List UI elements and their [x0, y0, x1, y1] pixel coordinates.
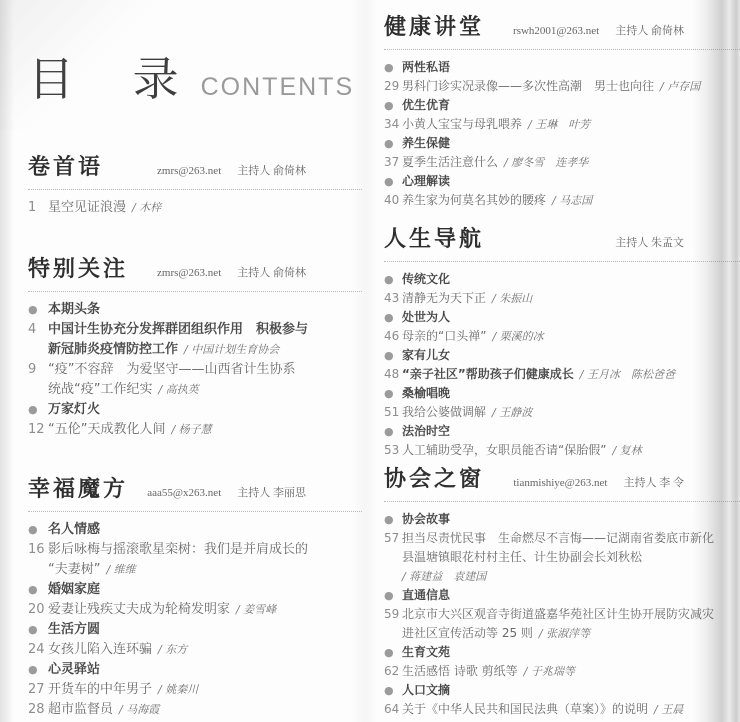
entry-title: 人工辅助受孕，女职员能否请“保胎假”: [402, 443, 606, 457]
entry-page-number: 46: [384, 327, 402, 346]
section-meta: 主持人 朱孟文: [615, 234, 684, 250]
category-label: 养生保健: [402, 134, 450, 153]
entry-title: 女孩儿陷入连环骗: [48, 642, 152, 657]
entry-line: “夫妻树”/ 维维: [48, 560, 362, 580]
entry-page-number: 20: [28, 600, 48, 620]
entry-page-number: 28: [28, 700, 48, 720]
category-row: ●万家灯火: [28, 400, 362, 420]
entry-title: 男科门诊实况录像——多次性高潮 男士也向往: [402, 79, 654, 93]
category-row: ●法治时空: [384, 422, 740, 441]
entry-line: 中国计生协充分发挥群团组织作用 积极参与: [48, 320, 362, 340]
section-host: 主持人 俞倚林: [237, 165, 306, 177]
logo-english-title: CONTENTS: [201, 73, 355, 102]
section-host: 主持人 李 令: [624, 477, 685, 489]
section-header: 人生导航主持人 朱孟文: [384, 224, 740, 262]
entry-line: 爱妻让残疾丈夫成为轮椅发明家/ 姜雪峰: [48, 600, 362, 620]
category-row: ●生活方圆: [28, 620, 362, 640]
category-bullet-icon: ●: [384, 96, 402, 115]
entry-page-number: 48: [384, 365, 402, 384]
entry-author: / 廖冬雪 连孝华: [504, 156, 588, 169]
entry-page-number: 1: [28, 198, 48, 218]
section-entry-list: ●名人情感16影后咏梅与摇滚歌星栾树：我们是并肩成长的“夫妻树”/ 维维●婚姻家…: [28, 520, 362, 720]
section-entry-list: ●传统文化43清静无为天下正/ 朱振山●处世为人46母亲的“口头禅”/ 栗溪的冰…: [384, 270, 740, 460]
entry-body: 女孩儿陷入连环骗/ 东方: [48, 640, 362, 660]
entry-page-number: 53: [384, 441, 402, 460]
entry-author: / 蒋建益 袁建国: [402, 570, 486, 583]
section-entry-list: ●本期头条4中国计生协充分发挥群团组织作用 积极参与新冠肺炎疫情防控工作/ 中国…: [28, 300, 362, 440]
category-label: 优生优育: [402, 96, 450, 115]
section-header: 特别关注zmrs@263.net主持人 俞倚林: [28, 254, 362, 292]
entry-title: 清静无为天下正: [402, 291, 486, 305]
entry-body: 养生家为何莫名其妙的腰疼/ 马志国: [402, 191, 740, 210]
category-label: 协会故事: [402, 510, 450, 529]
category-label: 心灵驿站: [48, 660, 100, 680]
entry-row: 9“疫”不容辞 为爱坚守——山西省计生协系统战“疫”工作纪实/ 高执英: [28, 360, 362, 400]
category-label: 婚姻家庭: [48, 580, 100, 600]
entry-body: 超市监督员/ 马海霞: [48, 700, 362, 720]
entry-body: 影后咏梅与摇滚歌星栾树：我们是并肩成长的“夫妻树”/ 维维: [48, 540, 362, 580]
section-host: 主持人 俞倚林: [237, 267, 306, 279]
category-bullet-icon: ●: [384, 134, 402, 153]
entry-line: 人工辅助受孕，女职员能否请“保胎假”/ 复林: [402, 441, 740, 460]
entry-line: 影后咏梅与摇滚歌星栾树：我们是并肩成长的: [48, 540, 362, 560]
entry-line: 县温塘镇眼花村村主任、计生协副会长刘秋松: [402, 548, 740, 567]
entry-title: 养生家为何莫名其妙的腰疼: [402, 193, 546, 207]
entry-body: 母亲的“口头禅”/ 栗溪的冰: [402, 327, 740, 346]
category-row: ●本期头条: [28, 300, 362, 320]
section-header: 幸福魔方aaa55@x263.net主持人 李丽思: [28, 474, 362, 512]
section-meta: zmrs@263.net主持人 俞倚林: [157, 162, 306, 178]
entry-title: 星空见证浪漫: [48, 200, 126, 215]
entry-author: / 于兆瑞等: [524, 665, 575, 678]
entry-body: 小黄人宝宝与母乳喂养/ 王琳 叶芳: [402, 115, 740, 134]
entry-page-number: 37: [384, 153, 402, 172]
entry-body: 开货车的中年男子/ 姚秦川: [48, 680, 362, 700]
entry-row: 40养生家为何莫名其妙的腰疼/ 马志国: [384, 191, 740, 210]
right-sections-container: 健康讲堂rswh2001@263.net主持人 俞倚林●两性私语29男科门诊实况…: [384, 12, 740, 719]
section-email: tianmishiye@263.net: [513, 477, 607, 489]
entry-line: 超市监督员/ 马海霞: [48, 700, 362, 720]
entry-title: 开货车的中年男子: [48, 682, 152, 697]
toc-section-right-3: 协会之窗tianmishiye@263.net主持人 李 令●协会故事57担当尽…: [384, 464, 740, 719]
category-label: 万家灯火: [48, 400, 100, 420]
entry-row: 4中国计生协充分发挥群团组织作用 积极参与新冠肺炎疫情防控工作/ 中国计划生育协…: [28, 320, 362, 360]
entry-row: 12“五伦”天成教化人间/ 杨子慧: [28, 420, 362, 440]
entry-author: / 王月冰 陈松爸爸: [580, 368, 675, 381]
toc-section-left-3: 幸福魔方aaa55@x263.net主持人 李丽思●名人情感16影后咏梅与摇滚歌…: [28, 474, 362, 720]
section-meta: aaa55@x263.net主持人 李丽思: [147, 484, 306, 500]
entry-row: 59北京市大兴区观音寺街道盛嘉华苑社区计生协开展防灾减灾进社区宣传活动等 25 …: [384, 605, 740, 643]
entry-row: 24女孩儿陷入连环骗/ 东方: [28, 640, 362, 660]
entry-title: 担当尽责忧民事 生命燃尽不言悔——记湖南省娄底市新化: [402, 531, 714, 545]
left-sections-container: 卷首语zmrs@263.net主持人 俞倚林1星空见证浪漫/ 木梓特别关注zmr…: [28, 152, 362, 720]
entry-page-number: 34: [384, 115, 402, 134]
section-header: 健康讲堂rswh2001@263.net主持人 俞倚林: [384, 12, 740, 50]
entry-line: 生活感悟 诗歌 剪纸等/ 于兆瑞等: [402, 662, 740, 681]
entry-body: 清静无为天下正/ 朱振山: [402, 289, 740, 308]
category-row: ●协会故事: [384, 510, 740, 529]
entry-row: 43清静无为天下正/ 朱振山: [384, 289, 740, 308]
category-bullet-icon: ●: [28, 300, 48, 320]
category-bullet-icon: ●: [384, 586, 402, 605]
entry-body: 关于《中华人民共和国民法典（草案）》的说明/ 王晨: [402, 700, 740, 719]
entry-title: 爱妻让残疾丈夫成为轮椅发明家: [48, 602, 230, 617]
entry-line: 进社区宣传活动等 25 则/ 张淑萍等: [402, 624, 740, 643]
category-label: 传统文化: [402, 270, 450, 289]
entry-author: / 王静波: [492, 406, 532, 419]
entry-row: 28超市监督员/ 马海霞: [28, 700, 362, 720]
toc-left-column: 目 录 CONTENTS 卷首语zmrs@263.net主持人 俞倚林1星空见证…: [28, 0, 362, 720]
section-title: 协会之窗: [384, 464, 484, 494]
entry-body: 夏季生活注意什么/ 廖冬雪 连孝华: [402, 153, 740, 172]
entry-author: / 张淑萍等: [539, 627, 590, 640]
entry-page-number: 24: [28, 640, 48, 660]
category-bullet-icon: ●: [384, 422, 402, 441]
entry-body: “亲子社区”帮助孩子们健康成长/ 王月冰 陈松爸爸: [402, 365, 740, 384]
category-row: ●心理解读: [384, 172, 740, 191]
entry-author: / 栗溪的冰: [492, 330, 543, 343]
category-row: ●桑榆唱晚: [384, 384, 740, 403]
entry-title: 中国计生协充分发挥群团组织作用 积极参与: [48, 322, 308, 337]
toc-section-left-1: 卷首语zmrs@263.net主持人 俞倚林1星空见证浪漫/ 木梓: [28, 152, 362, 218]
category-label: 名人情感: [48, 520, 100, 540]
entry-line: 星空见证浪漫/ 木梓: [48, 198, 362, 218]
category-label: 人口文摘: [402, 681, 450, 700]
section-email: zmrs@263.net: [157, 165, 221, 177]
entry-row: 57担当尽责忧民事 生命燃尽不言悔——记湖南省娄底市新化县温塘镇眼花村村主任、计…: [384, 529, 740, 586]
category-bullet-icon: ●: [28, 620, 48, 640]
entry-author: / 王琳 叶芳: [528, 118, 590, 131]
section-host: 主持人 朱孟文: [615, 237, 684, 249]
section-title: 人生导航: [384, 224, 484, 254]
entry-page-number: 57: [384, 529, 402, 586]
entry-page-number: 9: [28, 360, 48, 400]
category-bullet-icon: ●: [384, 681, 402, 700]
entry-row: 64关于《中华人民共和国民法典（草案）》的说明/ 王晨: [384, 700, 740, 719]
category-row: ●直通信息: [384, 586, 740, 605]
section-title: 特别关注: [28, 254, 128, 284]
entry-body: “疫”不容辞 为爱坚守——山西省计生协系统战“疫”工作纪实/ 高执英: [48, 360, 362, 400]
category-bullet-icon: ●: [384, 58, 402, 77]
contents-logo: 目 录 CONTENTS: [28, 52, 362, 106]
entry-body: 担当尽责忧民事 生命燃尽不言悔——记湖南省娄底市新化县温塘镇眼花村村主任、计生协…: [402, 529, 740, 586]
category-row: ●两性私语: [384, 58, 740, 77]
entry-line: 小黄人宝宝与母乳喂养/ 王琳 叶芳: [402, 115, 740, 134]
entry-row: 46母亲的“口头禅”/ 栗溪的冰: [384, 327, 740, 346]
entry-title: 母亲的“口头禅”: [402, 329, 486, 343]
entry-page-number: 4: [28, 320, 48, 360]
entry-page-number: 16: [28, 540, 48, 580]
section-meta: zmrs@263.net主持人 俞倚林: [157, 264, 306, 280]
section-meta: tianmishiye@263.net主持人 李 令: [513, 474, 684, 490]
magazine-toc-page: 目 录 CONTENTS 卷首语zmrs@263.net主持人 俞倚林1星空见证…: [0, 0, 740, 722]
category-bullet-icon: ●: [384, 172, 402, 191]
entry-author: / 朱振山: [492, 292, 532, 305]
category-label: 家有儿女: [402, 346, 450, 365]
category-bullet-icon: ●: [28, 660, 48, 680]
entry-author: / 姚秦川: [158, 683, 198, 696]
entry-title: 北京市大兴区观音寺街道盛嘉华苑社区计生协开展防灾减灾: [402, 607, 714, 621]
entry-row: 16影后咏梅与摇滚歌星栾树：我们是并肩成长的“夫妻树”/ 维维: [28, 540, 362, 580]
section-email: rswh2001@263.net: [513, 25, 599, 37]
entry-row: 53人工辅助受孕，女职员能否请“保胎假”/ 复林: [384, 441, 740, 460]
entry-line: 统战“疫”工作纪实/ 高执英: [48, 380, 362, 400]
toc-right-column: 健康讲堂rswh2001@263.net主持人 俞倚林●两性私语29男科门诊实况…: [384, 0, 740, 719]
section-meta: rswh2001@263.net主持人 俞倚林: [513, 22, 684, 38]
entry-author: / 维维: [106, 563, 135, 576]
entry-title: 影后咏梅与摇滚歌星栾树：我们是并肩成长的: [48, 542, 308, 557]
entry-line: 女孩儿陷入连环骗/ 东方: [48, 640, 362, 660]
toc-section-right-2: 人生导航主持人 朱孟文●传统文化43清静无为天下正/ 朱振山●处世为人46母亲的…: [384, 224, 740, 460]
entry-title: 超市监督员: [48, 702, 113, 717]
entry-page-number: 27: [28, 680, 48, 700]
category-label: 法治时空: [402, 422, 450, 441]
section-title: 幸福魔方: [28, 474, 128, 504]
category-row: ●养生保健: [384, 134, 740, 153]
entry-line: “亲子社区”帮助孩子们健康成长/ 王月冰 陈松爸爸: [402, 365, 740, 384]
entry-line: 我给公婆做调解/ 王静波: [402, 403, 740, 422]
entry-page-number: 40: [384, 191, 402, 210]
entry-page-number: 59: [384, 605, 402, 643]
entry-author: / 高执英: [158, 383, 198, 396]
category-row: ●处世为人: [384, 308, 740, 327]
entry-body: 爱妻让残疾丈夫成为轮椅发明家/ 姜雪峰: [48, 600, 362, 620]
entry-author: / 王晨: [654, 703, 683, 716]
section-header: 卷首语zmrs@263.net主持人 俞倚林: [28, 152, 362, 190]
entry-author: / 东方: [158, 643, 187, 656]
category-row: ●传统文化: [384, 270, 740, 289]
entry-title: 统战“疫”工作纪实: [48, 382, 152, 397]
entry-body: 生活感悟 诗歌 剪纸等/ 于兆瑞等: [402, 662, 740, 681]
entry-author: / 木梓: [132, 201, 161, 214]
entry-title: “疫”不容辞 为爱坚守——山西省计生协系: [48, 362, 295, 377]
section-host: 主持人 俞倚林: [615, 25, 684, 37]
entry-author: / 姜雪峰: [236, 603, 276, 616]
logo-chinese-title: 目 录: [28, 52, 201, 106]
entry-author: / 杨子慧: [171, 423, 211, 436]
category-row: ●人口文摘: [384, 681, 740, 700]
category-bullet-icon: ●: [28, 580, 48, 600]
category-row: ●名人情感: [28, 520, 362, 540]
entry-title: 县温塘镇眼花村村主任、计生协副会长刘秋松: [402, 550, 642, 564]
entry-author: / 卢存国: [660, 80, 700, 93]
category-row: ●优生优育: [384, 96, 740, 115]
entry-row: 34小黄人宝宝与母乳喂养/ 王琳 叶芳: [384, 115, 740, 134]
entry-row: 51我给公婆做调解/ 王静波: [384, 403, 740, 422]
entry-author: / 马志国: [552, 194, 592, 207]
entry-page-number: 64: [384, 700, 402, 719]
entry-line: “五伦”天成教化人间/ 杨子慧: [48, 420, 362, 440]
entry-line: 清静无为天下正/ 朱振山: [402, 289, 740, 308]
entry-line: 新冠肺炎疫情防控工作/ 中国计划生育协会: [48, 340, 362, 360]
page-left-edge-shading: [0, 0, 14, 722]
entry-title: 新冠肺炎疫情防控工作: [48, 342, 178, 357]
category-bullet-icon: ●: [28, 400, 48, 420]
entry-line: “疫”不容辞 为爱坚守——山西省计生协系: [48, 360, 362, 380]
category-bullet-icon: ●: [384, 346, 402, 365]
section-entry-list: ●两性私语29男科门诊实况录像——多次性高潮 男士也向往/ 卢存国●优生优育34…: [384, 58, 740, 210]
category-bullet-icon: ●: [384, 510, 402, 529]
category-label: 生育文苑: [402, 643, 450, 662]
entry-line: 北京市大兴区观音寺街道盛嘉华苑社区计生协开展防灾减灾: [402, 605, 740, 624]
entry-row: 1星空见证浪漫/ 木梓: [28, 198, 362, 218]
entry-title: 夏季生活注意什么: [402, 155, 498, 169]
entry-page-number: 51: [384, 403, 402, 422]
entry-title: 生活感悟 诗歌 剪纸等: [402, 664, 518, 678]
category-label: 桑榆唱晚: [402, 384, 450, 403]
entry-title: 关于《中华人民共和国民法典（草案）》的说明: [402, 702, 648, 716]
entry-title: 我给公婆做调解: [402, 405, 486, 419]
category-label: 心理解读: [402, 172, 450, 191]
entry-title: 小黄人宝宝与母乳喂养: [402, 117, 522, 131]
entry-page-number: 29: [384, 77, 402, 96]
entry-author: / 马海霞: [119, 703, 159, 716]
entry-line: 关于《中华人民共和国民法典（草案）》的说明/ 王晨: [402, 700, 740, 719]
category-bullet-icon: ●: [384, 643, 402, 662]
entry-row: 29男科门诊实况录像——多次性高潮 男士也向往/ 卢存国: [384, 77, 740, 96]
entry-page-number: 62: [384, 662, 402, 681]
entry-title: “夫妻树”: [48, 562, 100, 577]
entry-body: 星空见证浪漫/ 木梓: [48, 198, 362, 218]
entry-row: 62生活感悟 诗歌 剪纸等/ 于兆瑞等: [384, 662, 740, 681]
entry-line: 开货车的中年男子/ 姚秦川: [48, 680, 362, 700]
entry-line: 男科门诊实况录像——多次性高潮 男士也向往/ 卢存国: [402, 77, 740, 96]
section-email: aaa55@x263.net: [147, 487, 221, 499]
entry-line: 养生家为何莫名其妙的腰疼/ 马志国: [402, 191, 740, 210]
entry-line: / 蒋建益 袁建国: [402, 567, 740, 586]
entry-body: 人工辅助受孕，女职员能否请“保胎假”/ 复林: [402, 441, 740, 460]
entry-row: 37夏季生活注意什么/ 廖冬雪 连孝华: [384, 153, 740, 172]
entry-page-number: 43: [384, 289, 402, 308]
entry-title: “亲子社区”帮助孩子们健康成长: [402, 367, 574, 381]
entry-line: 夏季生活注意什么/ 廖冬雪 连孝华: [402, 153, 740, 172]
entry-row: 20爱妻让残疾丈夫成为轮椅发明家/ 姜雪峰: [28, 600, 362, 620]
category-bullet-icon: ●: [384, 308, 402, 327]
entry-author: / 中国计划生育协会: [184, 343, 279, 356]
entry-row: 27开货车的中年男子/ 姚秦川: [28, 680, 362, 700]
category-label: 直通信息: [402, 586, 450, 605]
entry-body: 我给公婆做调解/ 王静波: [402, 403, 740, 422]
category-bullet-icon: ●: [384, 270, 402, 289]
entry-title: 进社区宣传活动等 25 则: [402, 626, 533, 640]
toc-section-left-2: 特别关注zmrs@263.net主持人 俞倚林●本期头条4中国计生协充分发挥群团…: [28, 254, 362, 440]
category-bullet-icon: ●: [28, 520, 48, 540]
entry-author: / 复林: [612, 444, 641, 457]
category-row: ●婚姻家庭: [28, 580, 362, 600]
section-entry-list: ●协会故事57担当尽责忧民事 生命燃尽不言悔——记湖南省娄底市新化县温塘镇眼花村…: [384, 510, 740, 719]
entry-row: 48“亲子社区”帮助孩子们健康成长/ 王月冰 陈松爸爸: [384, 365, 740, 384]
section-email: zmrs@263.net: [157, 267, 221, 279]
entry-page-number: 12: [28, 420, 48, 440]
section-title: 健康讲堂: [384, 12, 484, 42]
entry-line: 母亲的“口头禅”/ 栗溪的冰: [402, 327, 740, 346]
toc-section-right-1: 健康讲堂rswh2001@263.net主持人 俞倚林●两性私语29男科门诊实况…: [384, 12, 740, 210]
category-row: ●家有儿女: [384, 346, 740, 365]
category-row: ●生育文苑: [384, 643, 740, 662]
entry-body: 中国计生协充分发挥群团组织作用 积极参与新冠肺炎疫情防控工作/ 中国计划生育协会: [48, 320, 362, 360]
entry-body: 北京市大兴区观音寺街道盛嘉华苑社区计生协开展防灾减灾进社区宣传活动等 25 则/…: [402, 605, 740, 643]
entry-body: “五伦”天成教化人间/ 杨子慧: [48, 420, 362, 440]
section-header: 协会之窗tianmishiye@263.net主持人 李 令: [384, 464, 740, 502]
category-bullet-icon: ●: [384, 384, 402, 403]
section-entry-list: 1星空见证浪漫/ 木梓: [28, 198, 362, 218]
category-row: ●心灵驿站: [28, 660, 362, 680]
entry-body: 男科门诊实况录像——多次性高潮 男士也向往/ 卢存国: [402, 77, 740, 96]
category-label: 本期头条: [48, 300, 100, 320]
section-title: 卷首语: [28, 152, 103, 182]
entry-line: 担当尽责忧民事 生命燃尽不言悔——记湖南省娄底市新化: [402, 529, 740, 548]
entry-title: “五伦”天成教化人间: [48, 422, 165, 437]
category-label: 生活方圆: [48, 620, 100, 640]
category-label: 两性私语: [402, 58, 450, 77]
section-host: 主持人 李丽思: [237, 487, 306, 499]
category-label: 处世为人: [402, 308, 450, 327]
